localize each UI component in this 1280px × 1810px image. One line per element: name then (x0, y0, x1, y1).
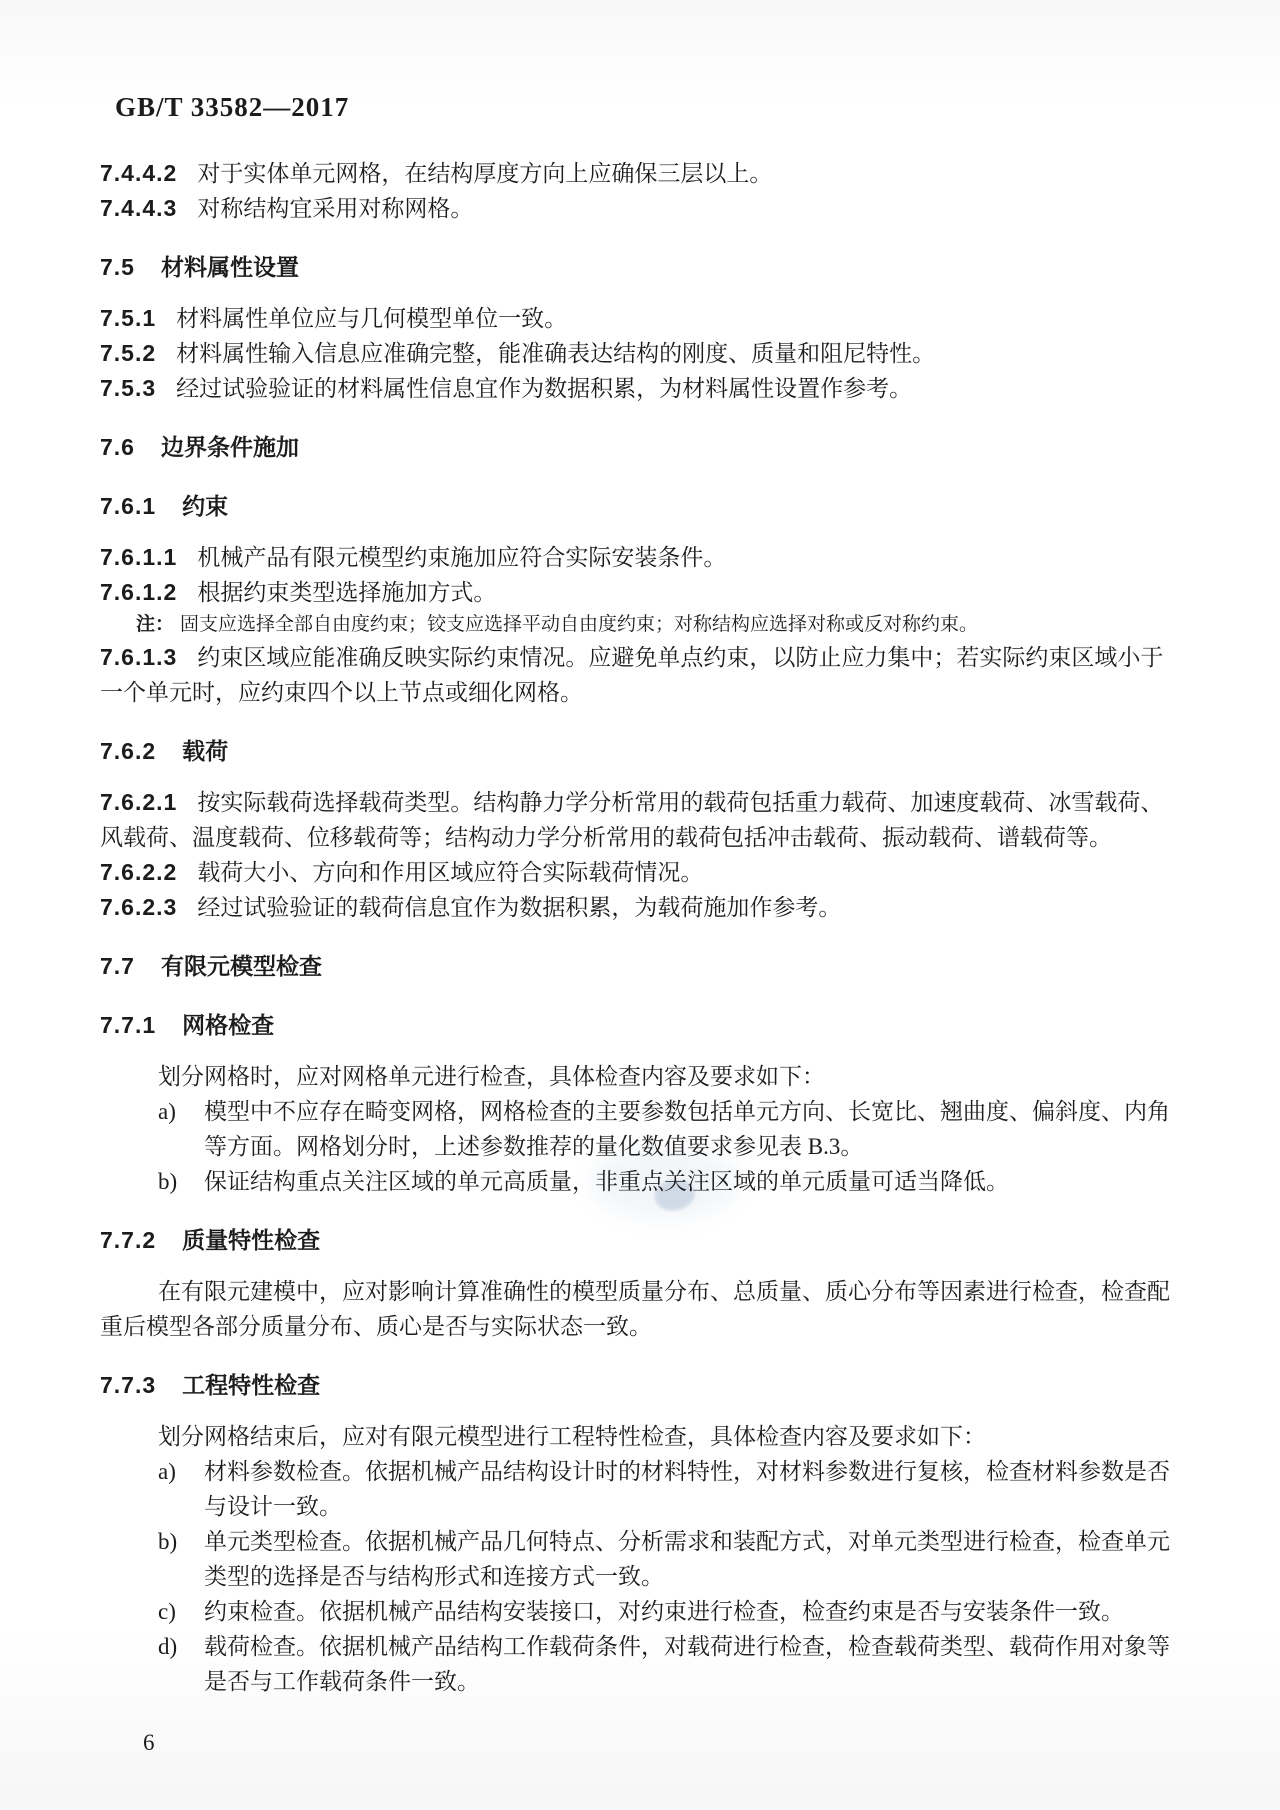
clause-number: 7.6.1.3 (100, 644, 177, 670)
section-heading-7.7.1: 7.7.1网格检查 (100, 1008, 1185, 1043)
clause-7.6.2.2: 7.6.2.2载荷大小、方向和作用区域应符合实际载荷情况。 (100, 855, 1185, 890)
clause-7.5.2: 7.5.2材料属性输入信息应准确完整，能准确表达结构的刚度、质量和阻尼特性。 (100, 336, 1185, 371)
clause-number: 7.6.2.3 (100, 894, 177, 920)
list-marker: c) (158, 1594, 176, 1629)
clause-number: 7.4.4.2 (100, 160, 177, 186)
list-marker: b) (158, 1164, 177, 1199)
clause-7.4.4.3: 7.4.4.3对称结构宜采用对称网格。 (100, 191, 1185, 226)
heading-number: 7.6 (100, 434, 135, 460)
list-text: 约束检查。依据机械产品结构安装接口，对约束进行检查，检查约束是否与安装条件一致。 (204, 1599, 1124, 1624)
paragraph: 划分网格结束后，应对有限元模型进行工程特性检查，具体检查内容及要求如下： (100, 1419, 1185, 1454)
note: 注：固支应选择全部自由度约束；铰支应选择平动自由度约束；对称结构应选择对称或反对… (100, 610, 1185, 640)
clause-7.6.1.1: 7.6.1.1机械产品有限元模型约束施加应符合实际安装条件。 (100, 540, 1185, 575)
list-text: 载荷检查。依据机械产品结构工作载荷条件，对载荷进行检查，检查载荷类型、载荷作用对… (204, 1634, 1170, 1694)
clause-7.6.2.3: 7.6.2.3经过试验验证的载荷信息宜作为数据积累，为载荷施加作参考。 (100, 890, 1185, 925)
clause-text: 机械产品有限元模型约束施加应符合实际安装条件。 (197, 545, 726, 570)
clause-text: 对于实体单元网格，在结构厚度方向上应确保三层以上。 (197, 161, 772, 186)
clause-number: 7.5.2 (100, 340, 156, 366)
list-item-d: d)载荷检查。依据机械产品结构工作载荷条件，对载荷进行检查，检查载荷类型、载荷作… (100, 1629, 1185, 1699)
section-heading-7.6: 7.6边界条件施加 (100, 430, 1185, 465)
clause-7.6.1.3: 7.6.1.3约束区域应能准确反映实际约束情况。应避免单点约束，以防止应力集中；… (100, 640, 1185, 710)
clause-text: 根据约束类型选择施加方式。 (197, 580, 496, 605)
clause-number: 7.6.1.2 (100, 579, 177, 605)
clause-number: 7.6.2.2 (100, 859, 177, 885)
list-item-a: a)材料参数检查。依据机械产品结构设计时的材料特性，对材料参数进行复核，检查材料… (100, 1454, 1185, 1524)
page-content: GB/T 33582—2017 7.4.4.2对于实体单元网格，在结构厚度方向上… (0, 0, 1280, 1760)
list-text: 材料参数检查。依据机械产品结构设计时的材料特性，对材料参数进行复核，检查材料参数… (204, 1459, 1170, 1519)
standard-number-header: GB/T 33582—2017 (115, 88, 1185, 126)
note-text: 固支应选择全部自由度约束；铰支应选择平动自由度约束；对称结构应选择对称或反对称约… (180, 614, 978, 635)
clause-7.5.1: 7.5.1材料属性单位应与几何模型单位一致。 (100, 301, 1185, 336)
list-item-a: a)模型中不应存在畸变网格，网格检查的主要参数包括单元方向、长宽比、翘曲度、偏斜… (100, 1094, 1185, 1164)
list-marker: a) (158, 1454, 176, 1489)
clause-number: 7.6.2.1 (100, 789, 177, 815)
heading-text: 网格检查 (182, 1012, 274, 1038)
clause-text: 按实际载荷选择载荷类型。结构静力学分析常用的载荷包括重力载荷、加速度载荷、冰雪载… (100, 790, 1163, 850)
heading-number: 7.7.1 (100, 1012, 156, 1038)
document-page: GB/T 33582—2017 7.4.4.2对于实体单元网格，在结构厚度方向上… (0, 0, 1280, 1810)
clause-text: 载荷大小、方向和作用区域应符合实际载荷情况。 (197, 860, 703, 885)
list-text: 保证结构重点关注区域的单元高质量，非重点关注区域的单元质量可适当降低。 (204, 1169, 1009, 1194)
section-heading-7.6.2: 7.6.2载荷 (100, 734, 1185, 769)
heading-number: 7.5 (100, 254, 135, 280)
heading-text: 工程特性检查 (182, 1372, 320, 1398)
page-number: 6 (143, 1725, 1185, 1760)
heading-number: 7.6.2 (100, 738, 156, 764)
clause-number: 7.6.1.1 (100, 544, 177, 570)
clause-7.6.1.2: 7.6.1.2根据约束类型选择施加方式。 (100, 575, 1185, 610)
heading-number: 7.6.1 (100, 493, 156, 519)
list-marker: d) (158, 1629, 177, 1664)
section-heading-7.7.3: 7.7.3工程特性检查 (100, 1368, 1185, 1403)
clause-text: 经过试验验证的材料属性信息宜作为数据积累，为材料属性设置作参考。 (176, 376, 912, 401)
paragraph: 划分网格时，应对网格单元进行检查，具体检查内容及要求如下： (100, 1059, 1185, 1094)
list-item-b: b)单元类型检查。依据机械产品几何特点、分析需求和装配方式，对单元类型进行检查，… (100, 1524, 1185, 1594)
clause-text: 材料属性输入信息应准确完整，能准确表达结构的刚度、质量和阻尼特性。 (176, 341, 935, 366)
clause-7.4.4.2: 7.4.4.2对于实体单元网格，在结构厚度方向上应确保三层以上。 (100, 156, 1185, 191)
paragraph: 在有限元建模中，应对影响计算准确性的模型质量分布、总质量、质心分布等因素进行检查… (100, 1274, 1185, 1344)
section-heading-7.6.1: 7.6.1约束 (100, 489, 1185, 524)
heading-text: 质量特性检查 (182, 1227, 320, 1253)
section-heading-7.5: 7.5材料属性设置 (100, 250, 1185, 285)
list-marker: b) (158, 1524, 177, 1559)
clause-text: 经过试验验证的载荷信息宜作为数据积累，为载荷施加作参考。 (197, 895, 841, 920)
list-text: 模型中不应存在畸变网格，网格检查的主要参数包括单元方向、长宽比、翘曲度、偏斜度、… (204, 1099, 1170, 1159)
heading-text: 边界条件施加 (161, 434, 299, 460)
section-heading-7.7.2: 7.7.2质量特性检查 (100, 1223, 1185, 1258)
list-item-c: c)约束检查。依据机械产品结构安装接口，对约束进行检查，检查约束是否与安装条件一… (100, 1594, 1185, 1629)
heading-text: 约束 (182, 493, 228, 519)
heading-text: 材料属性设置 (161, 254, 299, 280)
clause-text: 材料属性单位应与几何模型单位一致。 (176, 306, 567, 331)
heading-text: 载荷 (182, 738, 228, 764)
heading-number: 7.7.3 (100, 1372, 156, 1398)
list-marker: a) (158, 1094, 176, 1129)
section-heading-7.7: 7.7有限元模型检查 (100, 949, 1185, 984)
heading-number: 7.7.2 (100, 1227, 156, 1253)
heading-text: 有限元模型检查 (161, 953, 322, 979)
clause-text: 对称结构宜采用对称网格。 (197, 196, 473, 221)
clause-number: 7.5.1 (100, 305, 156, 331)
clause-7.6.2.1: 7.6.2.1按实际载荷选择载荷类型。结构静力学分析常用的载荷包括重力载荷、加速… (100, 785, 1185, 855)
clause-text: 约束区域应能准确反映实际约束情况。应避免单点约束，以防止应力集中；若实际约束区域… (100, 645, 1163, 705)
heading-number: 7.7 (100, 953, 135, 979)
clause-number: 7.4.4.3 (100, 195, 177, 221)
note-label: 注： (136, 614, 174, 635)
list-item-b: b)保证结构重点关注区域的单元高质量，非重点关注区域的单元质量可适当降低。 (100, 1164, 1185, 1199)
clause-7.5.3: 7.5.3经过试验验证的材料属性信息宜作为数据积累，为材料属性设置作参考。 (100, 371, 1185, 406)
clause-number: 7.5.3 (100, 375, 156, 401)
list-text: 单元类型检查。依据机械产品几何特点、分析需求和装配方式，对单元类型进行检查，检查… (204, 1529, 1170, 1589)
